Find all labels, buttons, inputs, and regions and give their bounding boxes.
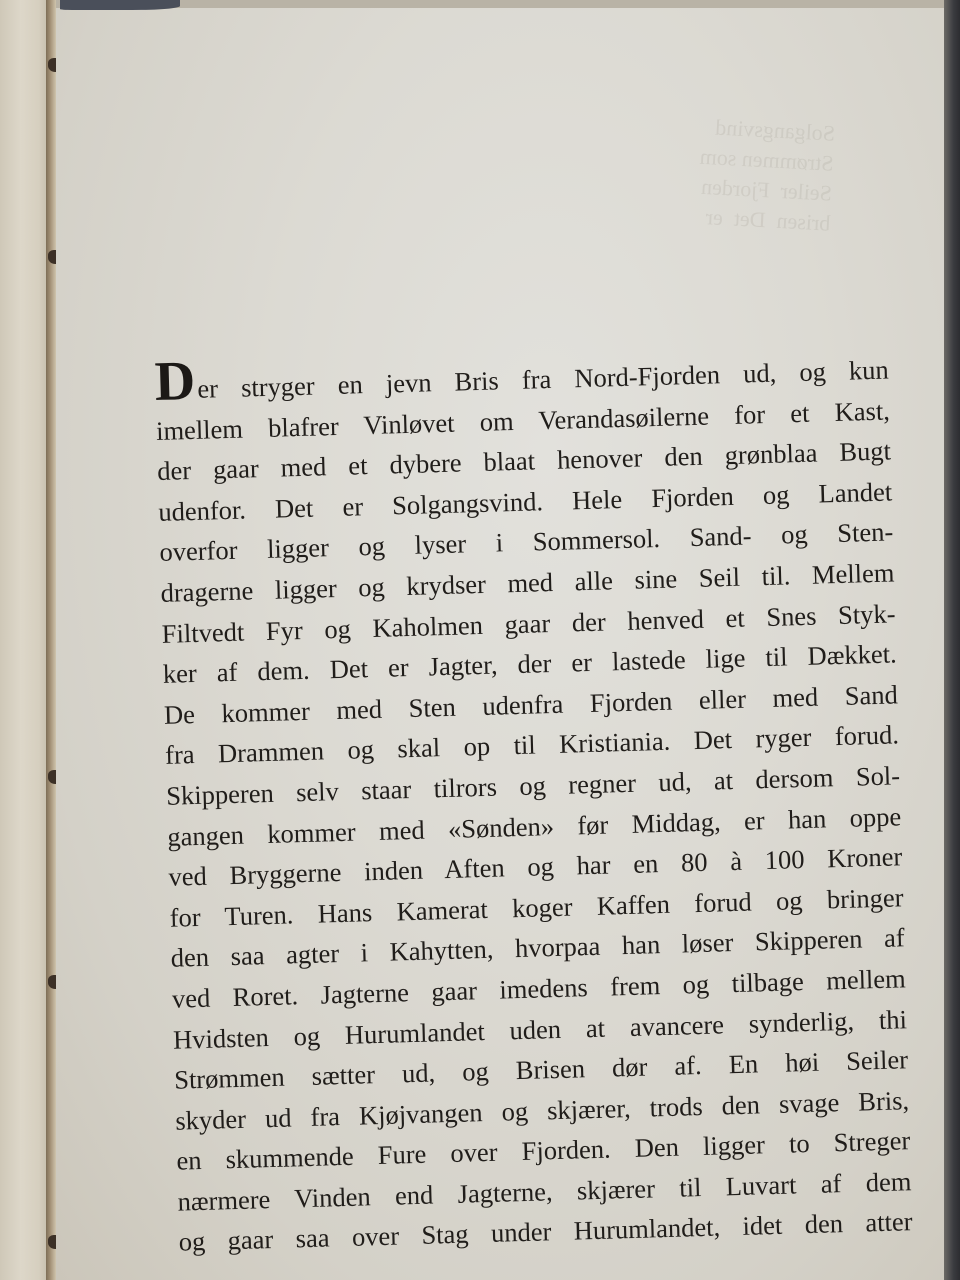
drop-cap: D xyxy=(154,361,196,402)
previous-page-edge xyxy=(0,0,52,1280)
cover-edge xyxy=(60,0,180,10)
book-spine xyxy=(46,0,56,1280)
body-text: D er stryger en jevn Bris fra Nord-Fjord… xyxy=(154,336,913,1263)
show-through-text: Solgangsvind Strømmen som Seiler Fjorden… xyxy=(494,102,836,349)
page-edge-shadow xyxy=(944,0,960,1280)
